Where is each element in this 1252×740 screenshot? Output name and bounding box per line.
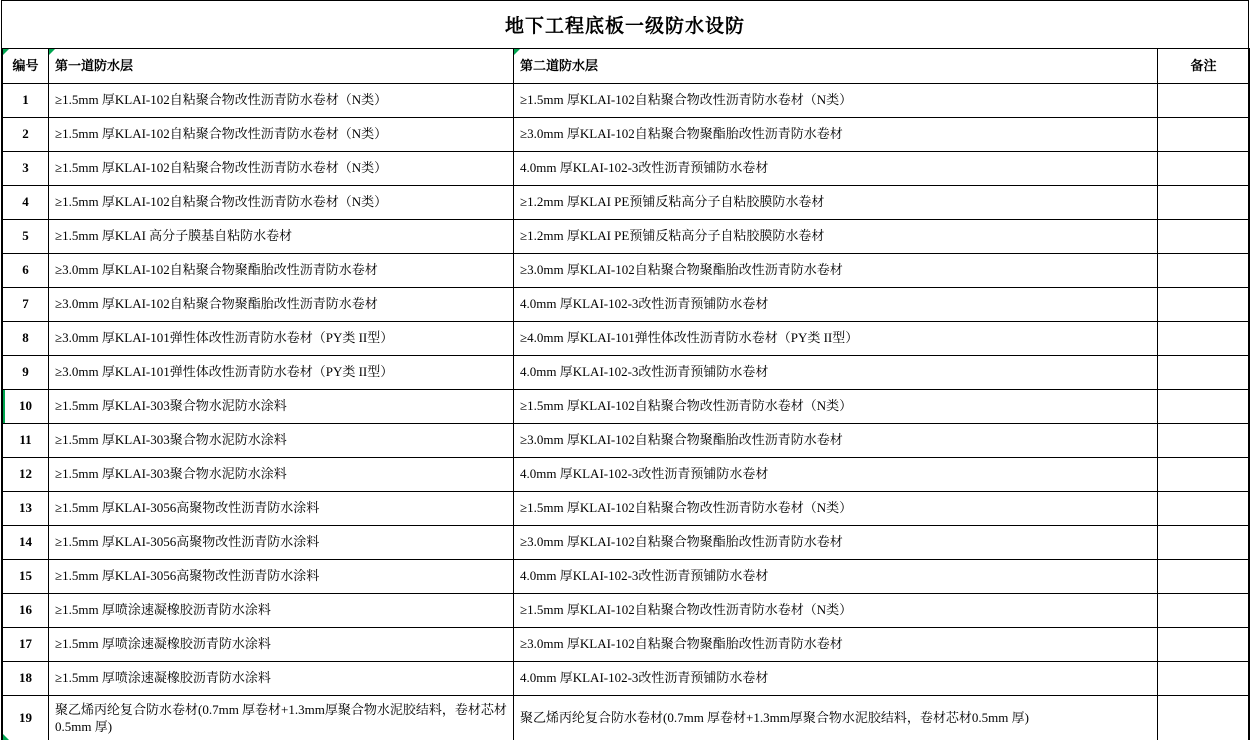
row-number-cell[interactable]: 7 <box>3 288 49 322</box>
second-layer-cell[interactable]: 4.0mm 厚KLAI-102-3改性沥青预铺防水卷材 <box>514 662 1158 696</box>
first-layer-cell[interactable]: ≥1.5mm 厚KLAI-303聚合物水泥防水涂料 <box>49 390 514 424</box>
second-layer-cell[interactable]: ≥1.5mm 厚KLAI-102自粘聚合物改性沥青防水卷材（N类） <box>514 594 1158 628</box>
row-number-cell[interactable]: 11 <box>3 424 49 458</box>
first-layer-cell[interactable]: ≥3.0mm 厚KLAI-102自粘聚合物聚酯胎改性沥青防水卷材 <box>49 288 514 322</box>
remark-cell[interactable] <box>1158 84 1250 118</box>
table-row: 6 ≥3.0mm 厚KLAI-102自粘聚合物聚酯胎改性沥青防水卷材 ≥3.0m… <box>3 254 1250 288</box>
remark-cell[interactable] <box>1158 526 1250 560</box>
row-number-cell[interactable]: 8 <box>3 322 49 356</box>
second-layer-cell[interactable]: ≥3.0mm 厚KLAI-102自粘聚合物聚酯胎改性沥青防水卷材 <box>514 118 1158 152</box>
header-label: 第二道防水层 <box>520 58 598 73</box>
remark-cell[interactable] <box>1158 696 1250 740</box>
row-number-cell[interactable]: 16 <box>3 594 49 628</box>
row-number-cell[interactable]: 4 <box>3 186 49 220</box>
second-layer-cell[interactable]: 4.0mm 厚KLAI-102-3改性沥青预铺防水卷材 <box>514 356 1158 390</box>
remark-cell[interactable] <box>1158 458 1250 492</box>
first-layer-cell[interactable]: ≥1.5mm 厚KLAI-102自粘聚合物改性沥青防水卷材（N类） <box>49 118 514 152</box>
first-layer-cell[interactable]: ≥1.5mm 厚喷涂速凝橡胶沥青防水涂料 <box>49 628 514 662</box>
first-layer-cell[interactable]: ≥1.5mm 厚KLAI-102自粘聚合物改性沥青防水卷材（N类） <box>49 186 514 220</box>
second-layer-cell[interactable]: ≥1.2mm 厚KLAI PE预铺反粘高分子自粘胶膜防水卷材 <box>514 186 1158 220</box>
error-indicator-icon <box>3 49 9 55</box>
table-row: 9 ≥3.0mm 厚KLAI-101弹性体改性沥青防水卷材（PY类 II型） 4… <box>3 356 1250 390</box>
row-number-cell[interactable]: 18 <box>3 662 49 696</box>
error-indicator-icon <box>49 49 55 55</box>
table-row: 13 ≥1.5mm 厚KLAI-3056高聚物改性沥青防水涂料 ≥1.5mm 厚… <box>3 492 1250 526</box>
selection-edge-indicator <box>3 390 5 423</box>
row-number-cell[interactable]: 19 <box>3 696 49 740</box>
first-layer-cell[interactable]: ≥1.5mm 厚KLAI-303聚合物水泥防水涂料 <box>49 458 514 492</box>
second-layer-cell[interactable]: 4.0mm 厚KLAI-102-3改性沥青预铺防水卷材 <box>514 560 1158 594</box>
first-layer-cell[interactable]: ≥1.5mm 厚KLAI-102自粘聚合物改性沥青防水卷材（N类） <box>49 84 514 118</box>
header-label: 备注 <box>1190 58 1216 73</box>
table-row: 3 ≥1.5mm 厚KLAI-102自粘聚合物改性沥青防水卷材（N类） 4.0m… <box>3 152 1250 186</box>
second-layer-cell[interactable]: 4.0mm 厚KLAI-102-3改性沥青预铺防水卷材 <box>514 152 1158 186</box>
header-cell-first-layer[interactable]: 第一道防水层 <box>49 49 514 84</box>
header-cell-remarks[interactable]: 备注 <box>1158 49 1250 84</box>
table-row: 14 ≥1.5mm 厚KLAI-3056高聚物改性沥青防水涂料 ≥3.0mm 厚… <box>3 526 1250 560</box>
first-layer-cell[interactable]: ≥1.5mm 厚KLAI-3056高聚物改性沥青防水涂料 <box>49 560 514 594</box>
header-row: 编号 第一道防水层 第二道防水层 备注 <box>3 49 1250 84</box>
second-layer-cell[interactable]: ≥3.0mm 厚KLAI-102自粘聚合物聚酯胎改性沥青防水卷材 <box>514 254 1158 288</box>
remark-cell[interactable] <box>1158 390 1250 424</box>
second-layer-cell[interactable]: ≥1.5mm 厚KLAI-102自粘聚合物改性沥青防水卷材（N类） <box>514 84 1158 118</box>
table-row: 18 ≥1.5mm 厚喷涂速凝橡胶沥青防水涂料 4.0mm 厚KLAI-102-… <box>3 662 1250 696</box>
row-number-cell[interactable]: 3 <box>3 152 49 186</box>
table-row: 2 ≥1.5mm 厚KLAI-102自粘聚合物改性沥青防水卷材（N类） ≥3.0… <box>3 118 1250 152</box>
table-row: 8 ≥3.0mm 厚KLAI-101弹性体改性沥青防水卷材（PY类 II型） ≥… <box>3 322 1250 356</box>
page-title: 地下工程底板一级防水设防 <box>2 1 1248 48</box>
row-number-cell[interactable]: 6 <box>3 254 49 288</box>
error-indicator-icon <box>3 734 9 740</box>
remark-cell[interactable] <box>1158 152 1250 186</box>
header-label: 第一道防水层 <box>55 58 133 73</box>
remark-cell[interactable] <box>1158 288 1250 322</box>
row-number-cell[interactable]: 2 <box>3 118 49 152</box>
first-layer-cell[interactable]: ≥1.5mm 厚KLAI 高分子膜基自粘防水卷材 <box>49 220 514 254</box>
table-row: 19 聚乙烯丙纶复合防水卷材(0.7mm 厚卷材+1.3mm厚聚合物水泥胶结料，… <box>3 696 1250 740</box>
table-row: 12 ≥1.5mm 厚KLAI-303聚合物水泥防水涂料 4.0mm 厚KLAI… <box>3 458 1250 492</box>
header-cell-id[interactable]: 编号 <box>3 49 49 84</box>
row-number-cell[interactable]: 12 <box>3 458 49 492</box>
first-layer-cell[interactable]: ≥1.5mm 厚KLAI-102自粘聚合物改性沥青防水卷材（N类） <box>49 152 514 186</box>
table-row: 11 ≥1.5mm 厚KLAI-303聚合物水泥防水涂料 ≥3.0mm 厚KLA… <box>3 424 1250 458</box>
table-row: 10 ≥1.5mm 厚KLAI-303聚合物水泥防水涂料 ≥1.5mm 厚KLA… <box>3 390 1250 424</box>
remark-cell[interactable] <box>1158 356 1250 390</box>
row-number-cell[interactable]: 17 <box>3 628 49 662</box>
first-layer-cell[interactable]: ≥1.5mm 厚KLAI-3056高聚物改性沥青防水涂料 <box>49 492 514 526</box>
second-layer-cell[interactable]: ≥1.5mm 厚KLAI-102自粘聚合物改性沥青防水卷材（N类） <box>514 492 1158 526</box>
row-number-cell[interactable]: 15 <box>3 560 49 594</box>
error-indicator-icon <box>514 49 520 55</box>
table-row: 7 ≥3.0mm 厚KLAI-102自粘聚合物聚酯胎改性沥青防水卷材 4.0mm… <box>3 288 1250 322</box>
table-row: 5 ≥1.5mm 厚KLAI 高分子膜基自粘防水卷材 ≥1.2mm 厚KLAI … <box>3 220 1250 254</box>
first-layer-cell[interactable]: ≥3.0mm 厚KLAI-101弹性体改性沥青防水卷材（PY类 II型） <box>49 322 514 356</box>
row-number-cell[interactable]: 13 <box>3 492 49 526</box>
table-row: 16 ≥1.5mm 厚喷涂速凝橡胶沥青防水涂料 ≥1.5mm 厚KLAI-102… <box>3 594 1250 628</box>
remark-cell[interactable] <box>1158 560 1250 594</box>
spreadsheet-page: 地下工程底板一级防水设防 编号 第一道防水层 第二道防水层 备注 1 ≥1.5m… <box>0 0 1252 740</box>
header-cell-second-layer[interactable]: 第二道防水层 <box>514 49 1158 84</box>
second-layer-cell[interactable]: 聚乙烯丙纶复合防水卷材(0.7mm 厚卷材+1.3mm厚聚合物水泥胶结料，卷材芯… <box>514 696 1158 740</box>
row-number-cell[interactable]: 9 <box>3 356 49 390</box>
second-layer-cell[interactable]: ≥1.5mm 厚KLAI-102自粘聚合物改性沥青防水卷材（N类） <box>514 390 1158 424</box>
second-layer-cell[interactable]: ≥3.0mm 厚KLAI-102自粘聚合物聚酯胎改性沥青防水卷材 <box>514 628 1158 662</box>
sheet-area: 地下工程底板一级防水设防 编号 第一道防水层 第二道防水层 备注 1 ≥1.5m… <box>1 0 1249 740</box>
table-row: 15 ≥1.5mm 厚KLAI-3056高聚物改性沥青防水涂料 4.0mm 厚K… <box>3 560 1250 594</box>
remark-cell[interactable] <box>1158 186 1250 220</box>
table-row: 1 ≥1.5mm 厚KLAI-102自粘聚合物改性沥青防水卷材（N类） ≥1.5… <box>3 84 1250 118</box>
remark-cell[interactable] <box>1158 628 1250 662</box>
table-row: 4 ≥1.5mm 厚KLAI-102自粘聚合物改性沥青防水卷材（N类） ≥1.2… <box>3 186 1250 220</box>
first-layer-cell[interactable]: ≥1.5mm 厚喷涂速凝橡胶沥青防水涂料 <box>49 662 514 696</box>
first-layer-cell[interactable]: ≥1.5mm 厚喷涂速凝橡胶沥青防水涂料 <box>49 594 514 628</box>
remark-cell[interactable] <box>1158 254 1250 288</box>
second-layer-cell[interactable]: ≥4.0mm 厚KLAI-101弹性体改性沥青防水卷材（PY类 II型） <box>514 322 1158 356</box>
row-number-cell[interactable]: 10 <box>3 390 49 424</box>
waterproofing-table: 编号 第一道防水层 第二道防水层 备注 1 ≥1.5mm 厚KLAI-102自粘… <box>2 48 1250 740</box>
remark-cell[interactable] <box>1158 594 1250 628</box>
first-layer-cell[interactable]: ≥1.5mm 厚KLAI-303聚合物水泥防水涂料 <box>49 424 514 458</box>
remark-cell[interactable] <box>1158 118 1250 152</box>
remark-cell[interactable] <box>1158 662 1250 696</box>
second-layer-cell[interactable]: 4.0mm 厚KLAI-102-3改性沥青预铺防水卷材 <box>514 288 1158 322</box>
first-layer-cell[interactable]: ≥3.0mm 厚KLAI-101弹性体改性沥青防水卷材（PY类 II型） <box>49 356 514 390</box>
row-number-cell[interactable]: 14 <box>3 526 49 560</box>
second-layer-cell[interactable]: ≥3.0mm 厚KLAI-102自粘聚合物聚酯胎改性沥青防水卷材 <box>514 424 1158 458</box>
row-number-cell[interactable]: 5 <box>3 220 49 254</box>
second-layer-cell[interactable]: ≥3.0mm 厚KLAI-102自粘聚合物聚酯胎改性沥青防水卷材 <box>514 526 1158 560</box>
header-label: 编号 <box>12 58 38 73</box>
remark-cell[interactable] <box>1158 492 1250 526</box>
first-layer-cell[interactable]: ≥3.0mm 厚KLAI-102自粘聚合物聚酯胎改性沥青防水卷材 <box>49 254 514 288</box>
remark-cell[interactable] <box>1158 322 1250 356</box>
remark-cell[interactable] <box>1158 220 1250 254</box>
remark-cell[interactable] <box>1158 424 1250 458</box>
first-layer-cell[interactable]: ≥1.5mm 厚KLAI-3056高聚物改性沥青防水涂料 <box>49 526 514 560</box>
row-number: 10 <box>19 398 32 413</box>
second-layer-cell[interactable]: 4.0mm 厚KLAI-102-3改性沥青预铺防水卷材 <box>514 458 1158 492</box>
second-layer-cell[interactable]: ≥1.2mm 厚KLAI PE预铺反粘高分子自粘胶膜防水卷材 <box>514 220 1158 254</box>
row-number-cell[interactable]: 1 <box>3 84 49 118</box>
table-row: 17 ≥1.5mm 厚喷涂速凝橡胶沥青防水涂料 ≥3.0mm 厚KLAI-102… <box>3 628 1250 662</box>
first-layer-cell[interactable]: 聚乙烯丙纶复合防水卷材(0.7mm 厚卷材+1.3mm厚聚合物水泥胶结料，卷材芯… <box>49 696 514 740</box>
